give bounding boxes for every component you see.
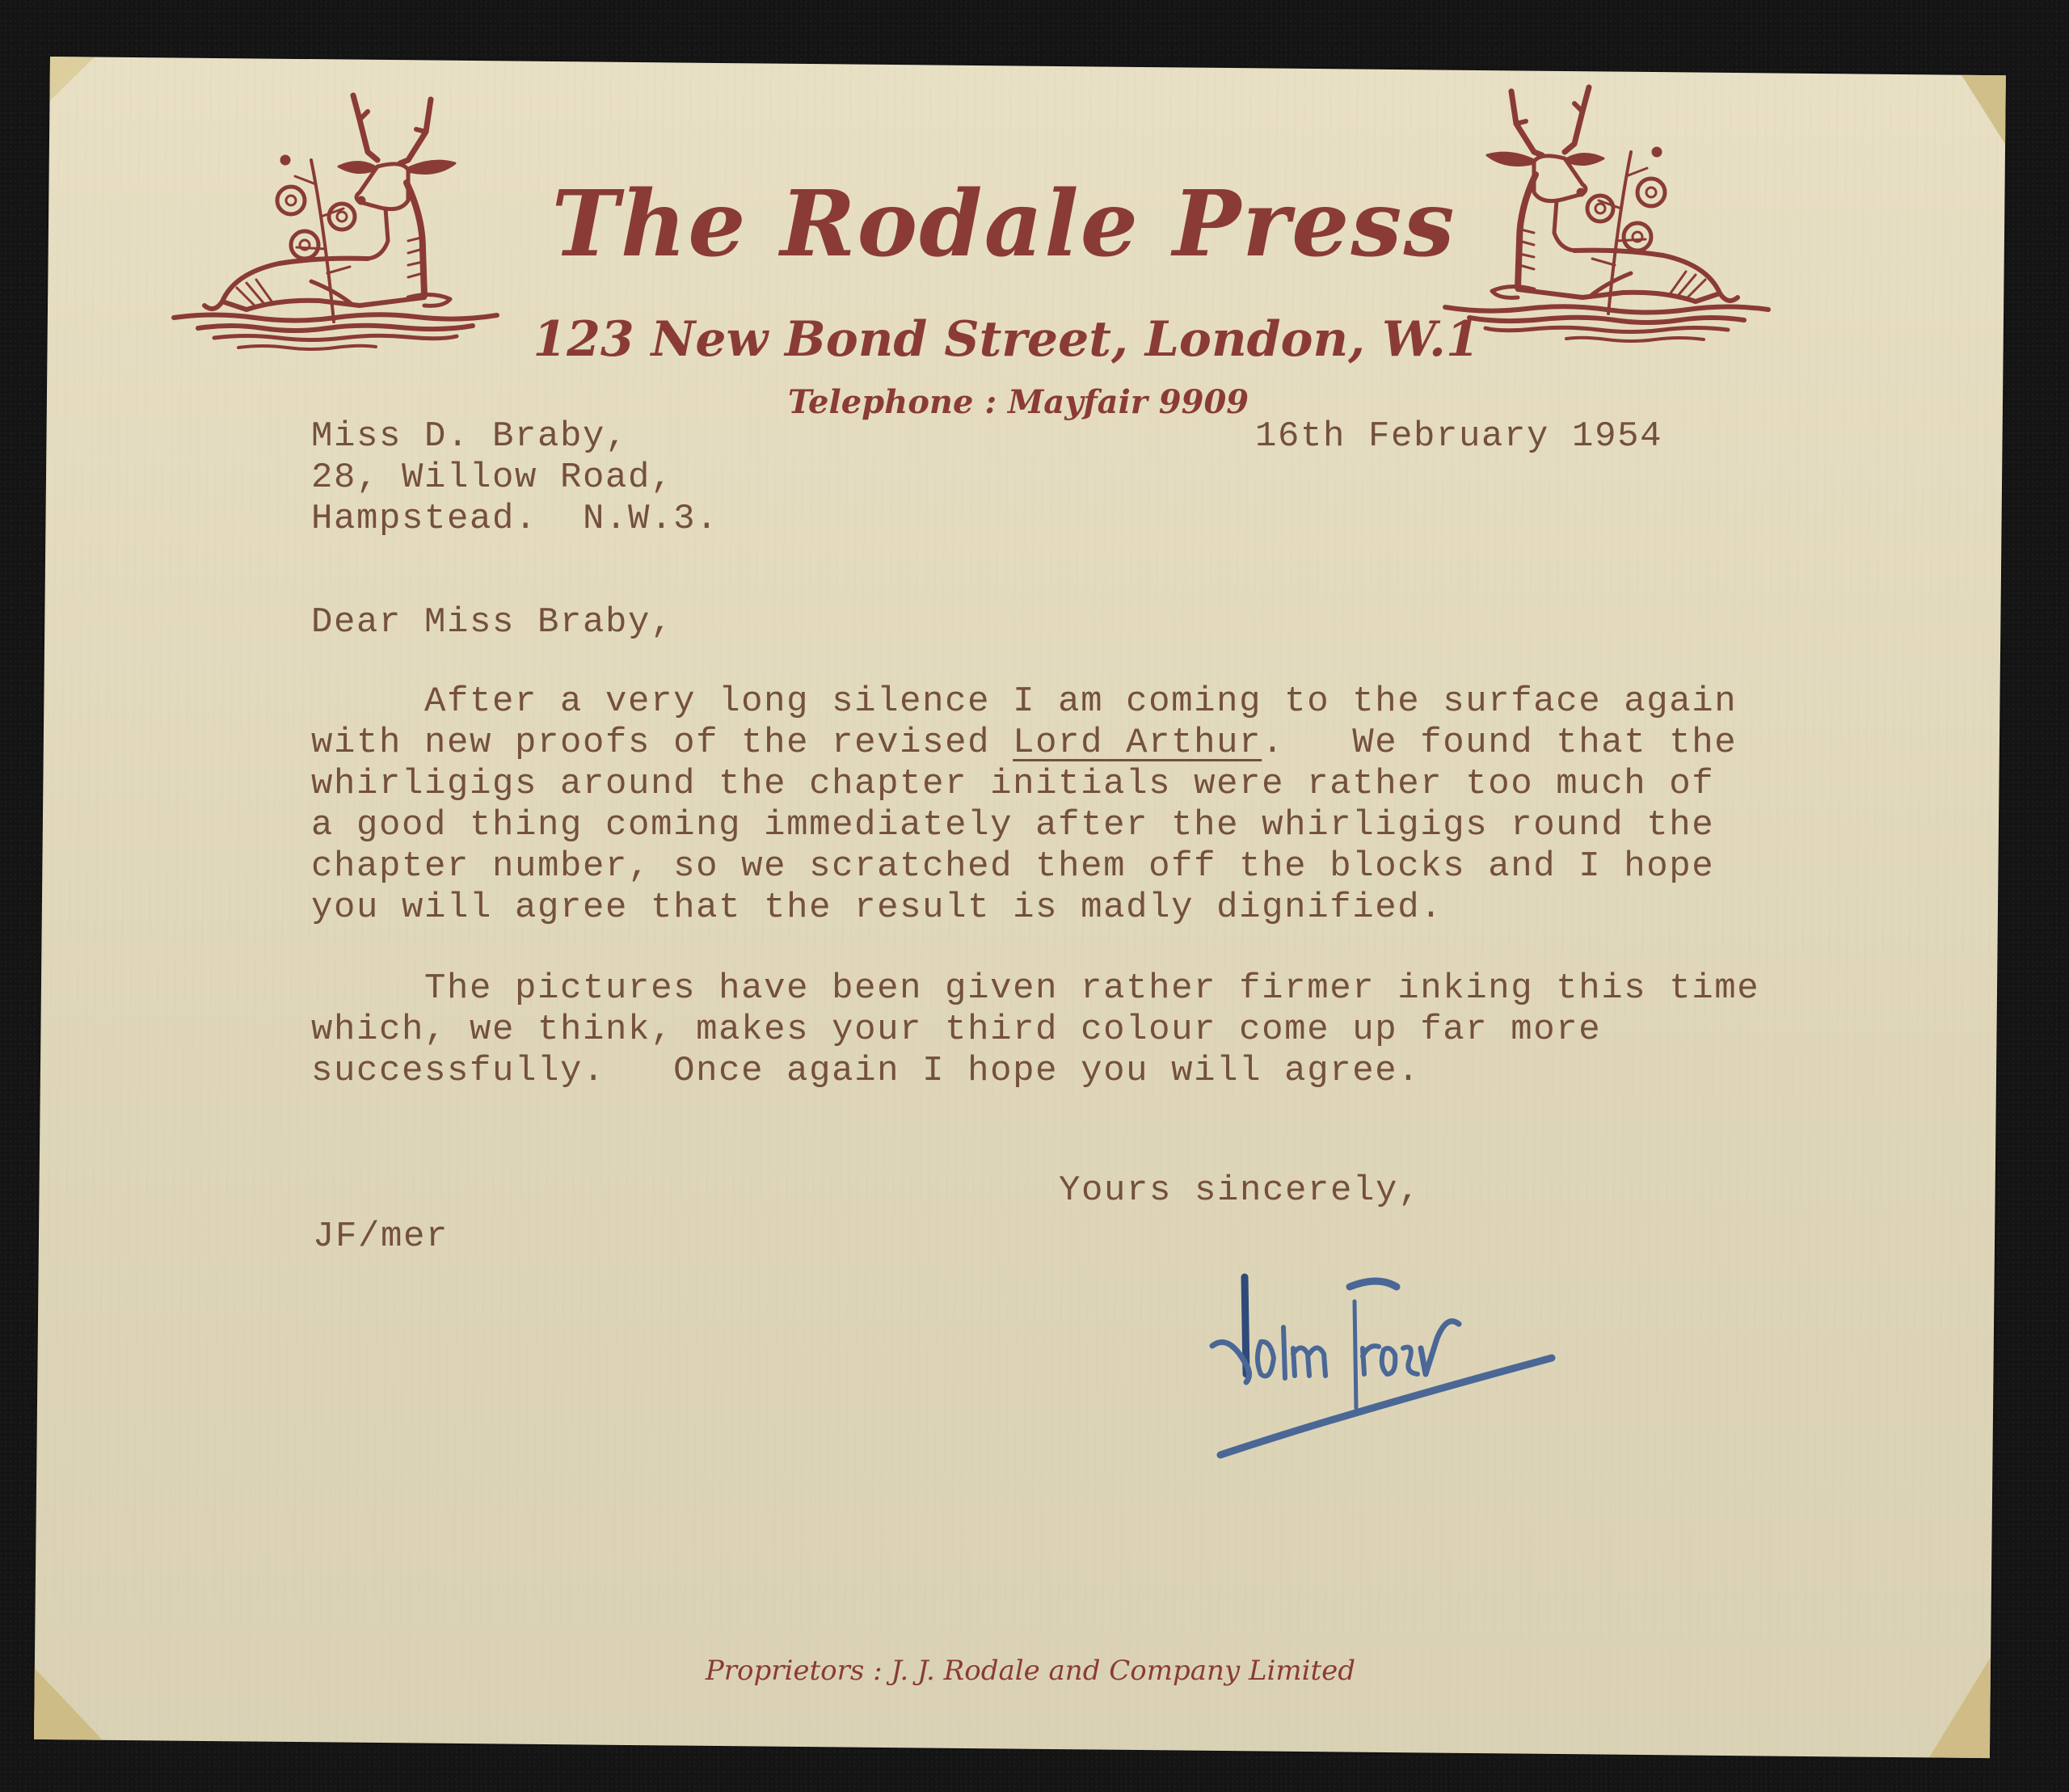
body-line: which, we think, makes your third colour… bbox=[311, 1010, 1759, 1051]
body-line: you will agree that the result is madly … bbox=[311, 888, 1737, 929]
recipient-street: 28, Willow Road, bbox=[311, 457, 718, 499]
deer-emblem-right-icon bbox=[1437, 71, 1776, 346]
closing: Yours sincerely, bbox=[1059, 1170, 1421, 1212]
body-paragraph-1: After a very long silence I am coming to… bbox=[311, 681, 1737, 929]
body-line: After a very long silence I am coming to… bbox=[311, 681, 1737, 723]
body-line: a good thing coming immediately after th… bbox=[311, 805, 1737, 846]
body-line: chapter number, so we scratched them off… bbox=[311, 846, 1737, 888]
photo-corner-top-right bbox=[1961, 75, 2006, 145]
body-line: with new proofs of the revised Lord Arth… bbox=[311, 723, 1737, 764]
photo-corner-bottom-right bbox=[1929, 1656, 1991, 1758]
recipient-locality: Hampstead. N.W.3. bbox=[311, 499, 718, 540]
photo-corner-top-left bbox=[49, 57, 95, 102]
signature bbox=[1180, 1253, 1584, 1479]
book-title-underlined: Lord Arthur bbox=[1013, 723, 1262, 763]
proprietors-footer: Proprietors : J. J. Rodale and Company L… bbox=[614, 1657, 1447, 1684]
body-line: whirligigs around the chapter initials w… bbox=[311, 764, 1737, 805]
body-line: successfully. Once again I hope you will… bbox=[311, 1051, 1759, 1092]
company-address: 123 New Bond Street, London, W.1 bbox=[517, 315, 1495, 364]
deer-emblem-left-icon bbox=[166, 79, 505, 354]
photo-corner-bottom-left bbox=[34, 1668, 103, 1740]
company-name: The Rodale Press bbox=[543, 179, 1464, 270]
letter-date: 16th February 1954 bbox=[1255, 416, 1662, 457]
body-line: The pictures have been given rather firm… bbox=[311, 968, 1759, 1010]
recipient-address: Miss D. Braby,28, Willow Road,Hampstead.… bbox=[311, 416, 718, 540]
recipient-name: Miss D. Braby, bbox=[311, 416, 718, 457]
salutation: Dear Miss Braby, bbox=[311, 602, 673, 643]
company-telephone: Telephone : Mayfair 9909 bbox=[727, 386, 1309, 419]
body-paragraph-2: The pictures have been given rather firm… bbox=[311, 968, 1759, 1092]
reference-initials: JF/mer bbox=[313, 1216, 449, 1258]
